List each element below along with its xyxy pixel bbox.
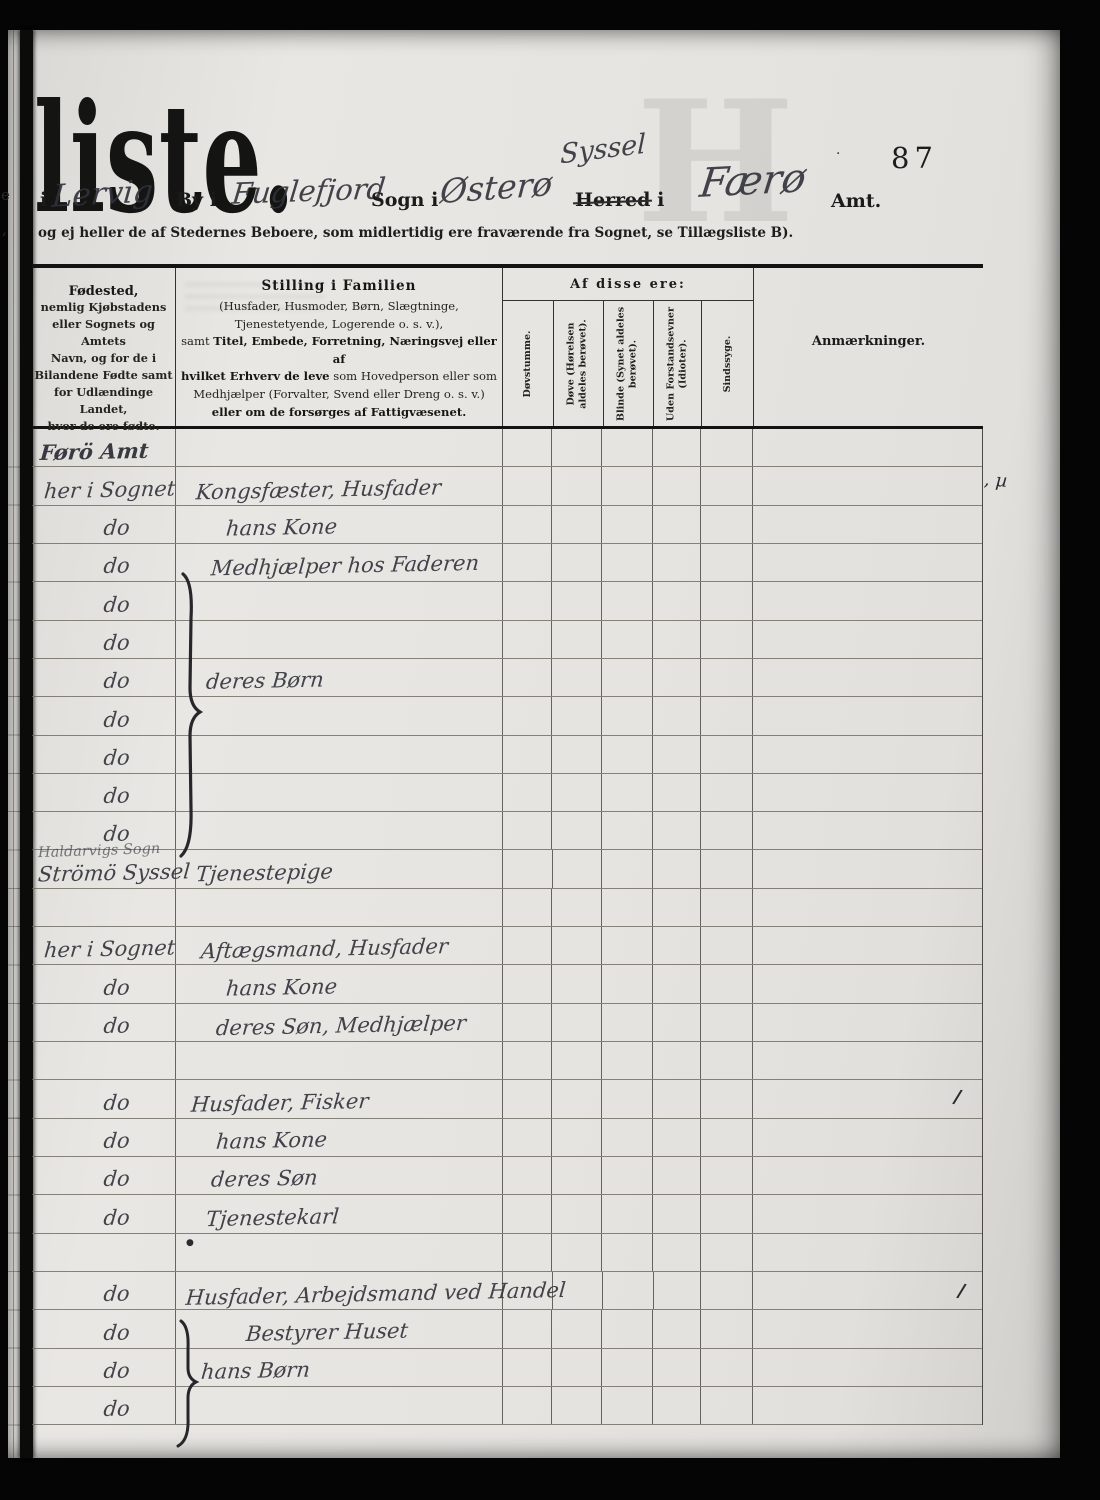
insane-cell — [700, 1387, 752, 1424]
insane-cell — [700, 582, 752, 619]
insane-cell — [700, 774, 752, 811]
blind-cell — [601, 1349, 652, 1386]
previous-page-edge-line — [13, 30, 14, 1458]
position-cell: Husfader, Arbejdsmand ved Handel — [175, 1272, 502, 1309]
insane-cell — [700, 1272, 752, 1309]
position-cell: Tjenestepige — [175, 850, 502, 887]
blind-cell — [601, 1042, 652, 1079]
remarks-cell — [752, 659, 982, 696]
remarks-cell — [752, 1195, 982, 1232]
insane-cell — [700, 467, 752, 504]
position-cell: deres Søn — [175, 1157, 502, 1194]
col-subtitle-lines: (Husfader, Husmoder, Børn, Slægtninge,Tj… — [176, 298, 502, 421]
table-row: doHusfader, Fisker — [32, 1080, 982, 1118]
idiot-cell — [652, 467, 700, 504]
position-cell — [175, 1234, 502, 1271]
handwritten-entry: do — [31, 1168, 176, 1196]
position-cell — [175, 1387, 502, 1424]
handwritten-entry: do — [31, 1129, 176, 1157]
insane-cell — [700, 1080, 752, 1117]
handwritten-entry: Førö Amt — [31, 440, 150, 467]
idiot-cell — [652, 812, 700, 849]
header-line: Bilandene Fødte samt — [32, 367, 175, 384]
deaf-mute-cell — [502, 544, 552, 581]
remarks-cell — [752, 506, 982, 543]
position-cell: Aftægsmand, Husfader — [175, 927, 502, 964]
handwritten-entry: her i Sognet — [31, 938, 176, 966]
table-row: doTjenestekarl — [32, 1195, 982, 1233]
handwritten-entry: do — [31, 516, 176, 544]
table-row: Førö Amt — [32, 429, 982, 467]
ink-dot-mark: ● — [186, 1238, 194, 1248]
deaf-mute-cell — [502, 582, 552, 619]
rotated-column-label: Blinde (Synet aldeles berøvet). — [616, 303, 641, 425]
handwritten-entry: hans Kone — [175, 1129, 328, 1157]
header-line: samt Titel, Embede, Forretning, Næringsv… — [176, 333, 502, 368]
deaf-cell — [551, 1234, 601, 1271]
remarks-cell — [752, 1272, 982, 1309]
idiot-cell — [652, 1119, 700, 1156]
deaf-mute-cell — [502, 1080, 552, 1117]
printed-sogn-i: Sogn i — [371, 189, 438, 211]
birthplace-cell: Førö Amt — [32, 429, 175, 466]
blind-cell — [601, 429, 652, 466]
remarks-cell — [752, 697, 982, 734]
idiot-cell — [652, 697, 700, 734]
blind-cell — [601, 927, 652, 964]
handwritten-entry: do — [31, 555, 176, 583]
deaf-cell — [551, 429, 601, 466]
blind-cell — [601, 621, 652, 658]
district-handwritten: Østerø — [439, 164, 554, 211]
remarks-cell — [752, 467, 982, 504]
header-line: Tjenestetyende, Logerende o. s. v.), — [176, 316, 502, 334]
birthplace-cell: do — [32, 1157, 175, 1194]
birthplace-cell: do — [32, 774, 175, 811]
table-row: dohans Kone — [32, 965, 982, 1003]
blind-cell — [601, 506, 652, 543]
idiot-cell — [652, 1387, 700, 1424]
printed-i: i — [657, 189, 664, 211]
scanned-census-page: e , H liste. · 87 i Lervig By i Fuglefjo… — [0, 0, 1100, 1500]
blind-cell — [601, 1195, 652, 1232]
table-row: doHusfader, Arbejdsmand ved Handel — [32, 1272, 982, 1310]
idiot-cell — [652, 850, 700, 887]
blind-cell — [601, 659, 652, 696]
position-cell — [175, 429, 502, 466]
idiot-cell — [652, 544, 700, 581]
deaf-mute-cell — [502, 774, 552, 811]
table-row: dohans Kone — [32, 506, 982, 544]
header-line: Medhjælper (Forvalter, Svend eller Dreng… — [176, 386, 502, 404]
idiot-cell — [652, 1349, 700, 1386]
position-cell — [175, 812, 502, 849]
handwritten-entry: hans Kone — [175, 516, 338, 544]
handwritten-entry: Kongsfæster, Husfader — [175, 477, 442, 508]
idiot-cell — [652, 965, 700, 1002]
blind-cell — [601, 1310, 652, 1347]
deaf-mute-cell — [502, 850, 552, 887]
deaf-cell — [551, 1349, 601, 1386]
deaf-mute-cell — [502, 1387, 552, 1424]
blind-cell — [601, 736, 652, 773]
idiot-cell — [652, 506, 700, 543]
deaf-cell — [551, 659, 601, 696]
header-line: hvilket Erhverv de leve som Hovedperson … — [176, 368, 502, 386]
deaf-cell — [551, 1119, 601, 1156]
table-row: doderes Søn — [32, 1157, 982, 1195]
birthplace-cell: do — [32, 544, 175, 581]
printed-amt: Amt. — [831, 190, 881, 212]
rotated-column-1: Døvstumme. — [503, 301, 553, 426]
remarks-cell — [752, 1387, 982, 1424]
insane-cell — [700, 1310, 752, 1347]
handwritten-entry: do — [31, 593, 176, 621]
blind-cell — [601, 889, 652, 926]
birthplace-cell: do — [32, 1310, 175, 1347]
insane-cell — [700, 889, 752, 926]
deaf-mute-cell — [502, 1004, 552, 1041]
col-subtitle-lines: nemlig Kjøbstadenseller Sognets og Amtet… — [32, 299, 175, 435]
handwritten-entry: do — [31, 976, 176, 1004]
idiot-cell — [652, 1080, 700, 1117]
header-col-position: Stilling i Familien (Husfader, Husmoder,… — [175, 268, 502, 426]
birthplace-cell: do — [32, 1119, 175, 1156]
deaf-mute-cell — [502, 1119, 552, 1156]
printed-herred-i: Herred i — [575, 189, 664, 211]
remarks-cell — [752, 1349, 982, 1386]
remarks-cell — [752, 429, 982, 466]
deaf-cell — [551, 1080, 601, 1117]
deaf-mute-cell — [502, 1195, 552, 1232]
blind-cell — [601, 1080, 652, 1117]
position-cell — [175, 774, 502, 811]
col-title: Fødested, — [32, 284, 175, 299]
insane-cell — [700, 659, 752, 696]
insane-cell — [700, 965, 752, 1002]
rotated-column-label: Døvstumme. — [522, 303, 534, 425]
handwritten-entry: hans Kone — [175, 976, 338, 1004]
header-col-disabilities: Af disse ere: Døvstumme.Døve (Hørelsen a… — [502, 268, 753, 426]
blind-cell — [601, 1157, 652, 1194]
rotated-column-label: Døve (Hørelsen aldeles berøvet). — [566, 303, 591, 425]
rotated-column-3: Blinde (Synet aldeles berøvet). — [603, 301, 654, 426]
birthplace-cell: do — [32, 1004, 175, 1041]
idiot-cell — [652, 774, 700, 811]
position-cell — [175, 697, 502, 734]
table-row: doderes Søn, Medhjælper — [32, 1004, 982, 1042]
insane-cell — [700, 1234, 752, 1271]
insane-cell — [700, 736, 752, 773]
remarks-cell — [752, 621, 982, 658]
deaf-cell — [551, 1004, 601, 1041]
rotated-column-label: Uden Forstandsevner (Idioter). — [665, 303, 690, 425]
col-title: Stilling i Familien — [176, 278, 502, 294]
page-number: 87 — [891, 141, 938, 175]
deaf-mute-cell — [502, 1310, 552, 1347]
deaf-cell — [551, 1042, 601, 1079]
idiot-cell — [652, 1310, 700, 1347]
remarks-cell — [752, 1004, 982, 1041]
deaf-cell — [551, 774, 601, 811]
handwritten-entry: Bestyrer Huset — [175, 1320, 409, 1350]
handwritten-entry: Tjenestekarl — [175, 1206, 340, 1234]
children-brace — [174, 570, 204, 860]
position-cell: Tjenestekarl — [175, 1195, 502, 1232]
position-cell: deres Børn — [175, 659, 502, 696]
idiot-cell — [652, 1004, 700, 1041]
children-brace-2 — [172, 1318, 200, 1450]
handwritten-entry: deres Søn — [175, 1168, 319, 1196]
remarks-cell — [752, 1042, 982, 1079]
position-cell: Medhjælper hos Faderen — [175, 544, 502, 581]
handwritten-entry: do — [31, 1091, 176, 1119]
rotated-column-5: Sindssyge. — [701, 301, 753, 426]
deaf-cell — [551, 697, 601, 734]
deaf-mute-cell — [502, 1157, 552, 1194]
handwritten-entry: Aftægsmand, Husfader — [175, 937, 449, 968]
position-cell — [175, 621, 502, 658]
exclusion-note: og ej heller de af Stedernes Beboere, so… — [38, 225, 793, 241]
idiot-cell — [652, 1042, 700, 1079]
header-line: eller Sognets og Amtets — [32, 316, 175, 350]
remarks-cell — [752, 736, 982, 773]
insane-cell — [700, 506, 752, 543]
idiot-cell — [652, 1195, 700, 1232]
insane-cell — [700, 1042, 752, 1079]
birthplace-cell: her i Sognet — [32, 467, 175, 504]
blind-cell — [601, 697, 652, 734]
deaf-cell — [551, 889, 601, 926]
birthplace-cell: her i Sognet — [32, 927, 175, 964]
insane-cell — [700, 1004, 752, 1041]
handwritten-entry: do — [31, 631, 176, 659]
deaf-mute-cell — [502, 659, 552, 696]
handwritten-entry: Husfader, Fisker — [175, 1091, 370, 1120]
insane-cell — [700, 1119, 752, 1156]
deaf-mute-cell — [502, 621, 552, 658]
header-line: nemlig Kjøbstadens — [32, 299, 175, 316]
deaf-mute-cell — [502, 429, 552, 466]
position-cell: hans Kone — [175, 965, 502, 1002]
remarks-cell — [752, 1310, 982, 1347]
idiot-cell — [652, 621, 700, 658]
position-cell: hans Kone — [175, 1119, 502, 1156]
idiot-cell — [653, 1272, 701, 1309]
insane-cell — [700, 544, 752, 581]
position-cell — [175, 889, 502, 926]
cutoff-print-fragment: , — [2, 220, 7, 238]
deaf-cell — [551, 1157, 601, 1194]
handwritten-entry: Tjenestepige — [175, 861, 334, 889]
idiot-cell — [652, 429, 700, 466]
idiot-cell — [652, 659, 700, 696]
deaf-cell — [551, 1310, 601, 1347]
table-row — [32, 889, 982, 927]
deaf-cell — [551, 736, 601, 773]
blind-cell — [601, 1004, 652, 1041]
header-line: Navn, og for de i — [32, 350, 175, 367]
birthplace-cell — [32, 1042, 175, 1079]
insane-cell — [700, 850, 752, 887]
insane-cell — [700, 927, 752, 964]
remarks-cell — [752, 774, 982, 811]
handwritten-entry: Strömö Syssel — [31, 861, 191, 889]
blind-cell — [601, 1234, 652, 1271]
parish-handwritten: Fuglefjord — [230, 171, 387, 211]
margin-mark: , µ — [983, 469, 1008, 492]
table-row: her i SognetKongsfæster, Husfader — [32, 467, 982, 505]
table-row: dohans Kone — [32, 1119, 982, 1157]
birthplace-cell: do — [32, 621, 175, 658]
handwritten-entry: do — [31, 670, 176, 698]
idiot-cell — [652, 927, 700, 964]
birthplace-cell: do — [32, 965, 175, 1002]
blind-cell — [601, 1387, 652, 1424]
birthplace-cell: do — [32, 1387, 175, 1424]
struck-herred: Herred — [575, 189, 650, 211]
deaf-mute-cell — [502, 927, 552, 964]
idiot-cell — [652, 1234, 700, 1271]
handwritten-entry: do — [31, 1321, 176, 1349]
deaf-cell — [551, 467, 601, 504]
idiot-cell — [652, 1157, 700, 1194]
deaf-cell — [551, 1387, 601, 1424]
deaf-mute-cell — [502, 889, 552, 926]
handwritten-entry: do — [31, 1015, 176, 1043]
deaf-cell — [551, 1195, 601, 1232]
blind-cell — [601, 965, 652, 1002]
insane-cell — [700, 812, 752, 849]
insane-cell — [700, 1349, 752, 1386]
position-cell: hans Børn — [175, 1349, 502, 1386]
birthplace-cell: do — [32, 582, 175, 619]
deaf-cell — [551, 621, 601, 658]
position-cell: deres Søn, Medhjælper — [175, 1004, 502, 1041]
header-col-birthplace: Fødested, nemlig Kjøbstadenseller Sognet… — [32, 268, 175, 426]
header-line: for Udlændinge Landet, — [32, 384, 175, 418]
position-cell — [175, 736, 502, 773]
deaf-mute-cell — [502, 736, 552, 773]
remarks-cell — [752, 965, 982, 1002]
handwritten-entry: Medhjælper hos Faderen — [174, 553, 479, 584]
insane-cell — [700, 621, 752, 658]
deaf-mute-cell — [502, 506, 552, 543]
remarks-cell — [752, 582, 982, 619]
deaf-mute-cell — [502, 1349, 552, 1386]
deaf-mute-cell — [502, 697, 552, 734]
blind-cell — [601, 850, 652, 887]
handwritten-entry: deres Søn, Medhjælper — [175, 1013, 467, 1044]
county-handwritten: Færø — [697, 155, 808, 207]
deaf-cell — [551, 927, 601, 964]
remarks-cell — [752, 812, 982, 849]
deaf-cell — [552, 1272, 602, 1309]
idiot-cell — [652, 736, 700, 773]
deaf-mute-cell — [502, 1234, 552, 1271]
town-handwritten: Lervig — [50, 173, 154, 215]
position-cell — [175, 1042, 502, 1079]
deaf-cell — [551, 812, 601, 849]
blind-cell — [601, 544, 652, 581]
table-row: her i SognetAftægsmand, Husfader — [32, 927, 982, 965]
table-row — [32, 1234, 982, 1272]
birthplace-cell: do — [32, 1195, 175, 1232]
deaf-cell — [552, 850, 602, 887]
handwritten-entry: do — [31, 1359, 176, 1387]
deaf-cell — [551, 544, 601, 581]
handwritten-entry: her i Sognet — [31, 478, 176, 506]
remarks-cell — [752, 850, 982, 887]
birthplace-cell — [32, 1234, 175, 1271]
position-cell: Kongsfæster, Husfader — [175, 467, 502, 504]
position-cell: Bestyrer Huset — [175, 1310, 502, 1347]
table-row — [32, 1042, 982, 1080]
remarks-cell — [752, 1080, 982, 1117]
idiot-cell — [652, 582, 700, 619]
position-cell: hans Kone — [175, 506, 502, 543]
handwritten-entry: do — [31, 746, 176, 774]
insane-cell — [700, 429, 752, 466]
handwritten-entry: do — [31, 1283, 176, 1311]
birthplace-cell: do — [32, 1349, 175, 1386]
remarks-cell — [752, 544, 982, 581]
handwritten-entry: do — [31, 1206, 176, 1234]
deaf-mute-cell — [502, 1042, 552, 1079]
rotated-column-2: Døve (Hørelsen aldeles berøvet). — [553, 301, 603, 426]
position-cell: Husfader, Fisker — [175, 1080, 502, 1117]
rotated-subcolumns: Døvstumme.Døve (Hørelsen aldeles berøvet… — [503, 301, 753, 426]
rotated-column-label: Sindssyge. — [721, 303, 733, 425]
blind-cell — [601, 1119, 652, 1156]
handwritten-entry: do — [31, 708, 176, 736]
header-line: (Husfader, Husmoder, Børn, Slægtninge, — [176, 298, 502, 316]
header-col-remarks: Anmærkninger. — [753, 268, 983, 426]
blind-cell — [602, 1272, 653, 1309]
deaf-mute-cell — [502, 812, 552, 849]
insane-cell — [700, 1157, 752, 1194]
deaf-cell — [551, 965, 601, 1002]
blind-cell — [601, 582, 652, 619]
remarks-cell — [752, 927, 982, 964]
ink-dot: · — [836, 146, 840, 162]
blind-cell — [601, 467, 652, 504]
af-disse-ere-label: Af disse ere: — [503, 268, 753, 301]
remarks-cell — [752, 1234, 982, 1271]
birthplace-cell: do — [32, 736, 175, 773]
table-header: Fødested, nemlig Kjøbstadenseller Sognet… — [32, 264, 983, 429]
handwritten-entry: do — [31, 785, 176, 813]
birthplace-cell: do — [32, 697, 175, 734]
position-cell — [175, 582, 502, 619]
rotated-column-4: Uden Forstandsevner (Idioter). — [653, 301, 701, 426]
idiot-cell — [652, 889, 700, 926]
remarks-cell — [752, 1119, 982, 1156]
birthplace-cell: do — [32, 506, 175, 543]
header-line: eller om de forsørges af Fattigvæsenet. — [176, 404, 502, 422]
deaf-mute-cell — [502, 1272, 552, 1309]
remarks-cell — [752, 1157, 982, 1194]
insane-cell — [700, 697, 752, 734]
deaf-cell — [551, 506, 601, 543]
insane-cell — [700, 1195, 752, 1232]
printed-by-i: By i — [176, 189, 217, 211]
deaf-cell — [551, 582, 601, 619]
deaf-mute-cell — [502, 467, 552, 504]
col-title: Anmærkninger. — [754, 334, 983, 349]
birthplace-cell: do — [32, 1080, 175, 1117]
printed-i: i — [40, 189, 47, 211]
